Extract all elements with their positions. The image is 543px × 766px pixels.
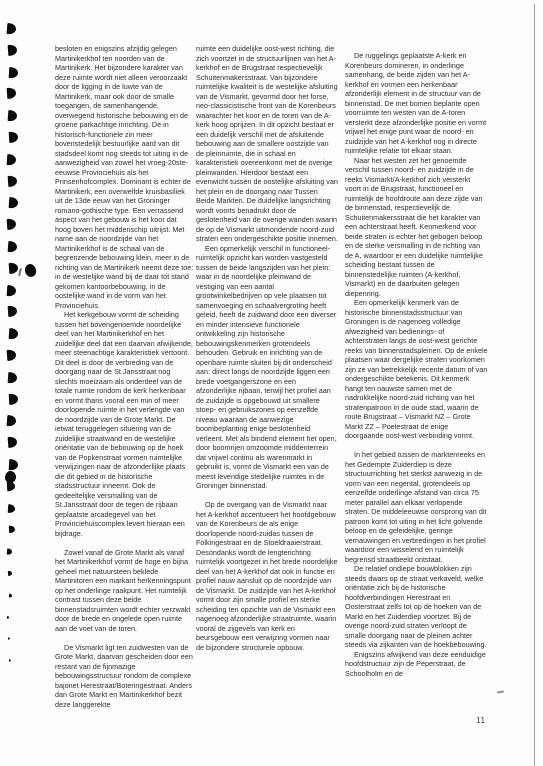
paragraph: ruimte een duidelijke oost-west richting… <box>196 44 338 244</box>
paragraph: Zowel vanaf de Grote Markt als vanaf het… <box>55 548 194 634</box>
ink-blot <box>23 263 37 279</box>
binding-mark <box>8 638 10 640</box>
binding-mark <box>9 526 16 534</box>
binding-mark <box>8 504 16 513</box>
text-column-right: De ruggelings geplaatste A-kerk en Koren… <box>345 51 488 678</box>
paragraph: Enigszins afwijkend van deze eenduidige … <box>345 650 488 679</box>
binding-mark <box>9 67 19 79</box>
binding-mark <box>9 131 19 143</box>
text-column-middle: ruimte een duidelijke oost-west richting… <box>196 44 338 652</box>
binding-mark <box>9 393 19 405</box>
binding-mark <box>8 110 18 122</box>
paragraph: Het kerkgebouw vormt de scheiding tussen… <box>55 310 194 538</box>
binding-mark <box>7 415 17 427</box>
stray-mark <box>497 691 504 694</box>
paragraph: Op de overgang van de Vismarkt naar het … <box>196 500 338 652</box>
binding-mark <box>7 88 17 100</box>
ink-blot <box>4 470 17 484</box>
binding-mark <box>8 571 12 576</box>
binding-mark <box>8 44 18 56</box>
binding-mark <box>8 437 18 449</box>
binding-mark <box>7 219 17 231</box>
binding-mark <box>7 549 12 555</box>
paragraph: In het gebied tussen de marktenreeks en … <box>345 450 488 564</box>
paragraph: Een opmerkelijk kenmerk van de historisc… <box>345 298 488 441</box>
page-number: 11 <box>476 716 486 725</box>
binding-mark <box>9 262 19 274</box>
binding-mark <box>8 372 18 384</box>
text-column-left: besloten en enigszins afzijdig gelegen M… <box>55 44 194 709</box>
binding-mark <box>7 616 9 619</box>
binding-mark <box>7 154 17 166</box>
binding-mark <box>7 349 17 361</box>
document-page: besloten en enigszins afzijdig gelegen M… <box>0 0 543 766</box>
binding-mark <box>9 328 19 340</box>
binding-mark <box>8 306 18 318</box>
binding-mark <box>9 659 11 661</box>
binding-mark <box>8 241 18 253</box>
scan-edge-line <box>534 4 535 766</box>
binding-mark <box>9 593 12 597</box>
paragraph: De relatief ondiepe bouwblokken zijn ste… <box>345 564 488 650</box>
binding-mark <box>9 459 19 471</box>
paragraph: De Vismarkt ligt ten zuidwesten van de G… <box>55 643 194 710</box>
ink-blot-tail <box>18 268 21 276</box>
binding-mark <box>7 285 17 297</box>
paragraph: besloten en enigszins afzijdig gelegen M… <box>55 44 194 310</box>
binding-mark <box>9 197 19 209</box>
paragraph: De ruggelings geplaatste A-kerk en Koren… <box>345 51 488 156</box>
binding-mark <box>8 175 18 187</box>
binding-mark <box>7 23 17 35</box>
paragraph: Naar het westen zet het genoemde verschi… <box>345 156 488 299</box>
paragraph: Een opmerkelijk verschil in functioneel-… <box>196 244 338 491</box>
